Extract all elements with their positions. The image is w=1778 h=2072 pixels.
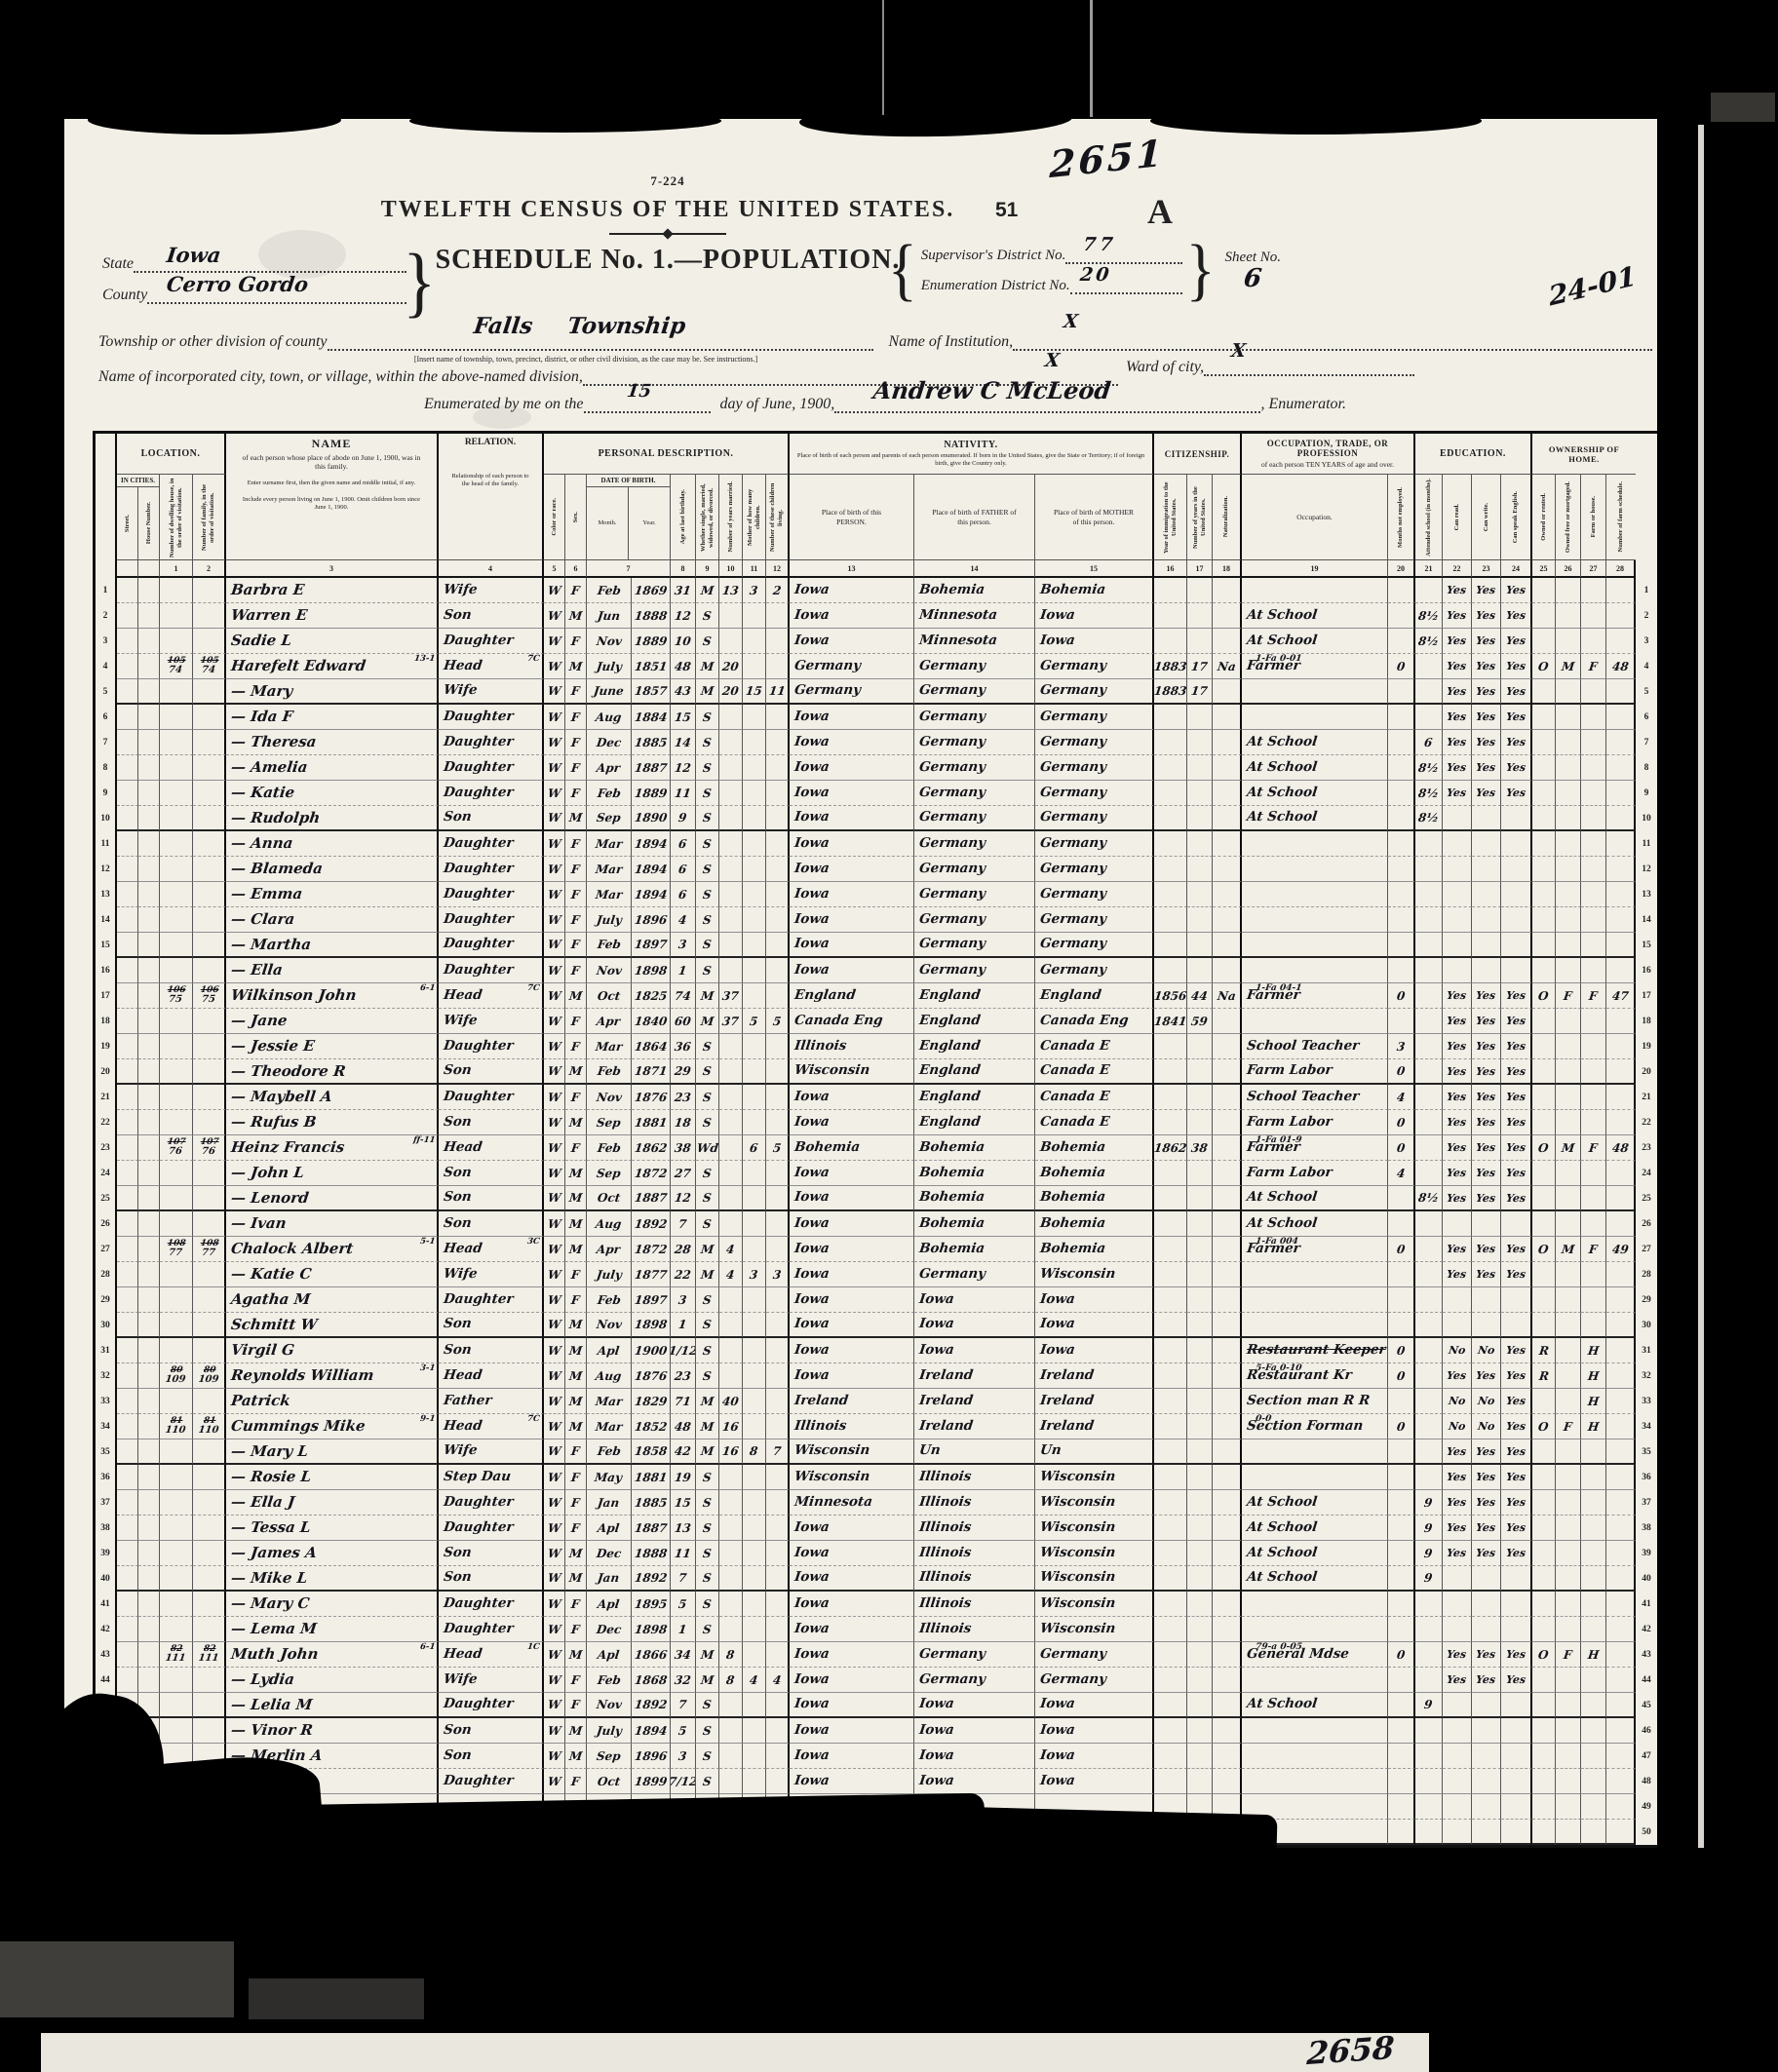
- cell-sex: M: [565, 1161, 587, 1186]
- cell-bm: Feb: [587, 578, 632, 603]
- cell-pf: Germany: [914, 1262, 1035, 1287]
- cell-sch: [1415, 1617, 1443, 1642]
- cell-cl: [766, 958, 790, 983]
- cell-cl: [766, 705, 790, 730]
- cell-ym: [719, 1465, 743, 1490]
- cell-street: [117, 1414, 138, 1439]
- line-number: 4: [1636, 654, 1657, 679]
- cell-fm: F: [1556, 1414, 1581, 1439]
- cell-occ: [1242, 831, 1388, 857]
- cell-sex: F: [565, 730, 587, 755]
- cell-ym: [719, 1338, 743, 1363]
- cell-ym: 37: [719, 983, 743, 1009]
- cell-wr: [1472, 831, 1501, 857]
- cell-ow: [1532, 1059, 1556, 1085]
- column-number: 25: [1532, 560, 1556, 578]
- cell-yu: [1187, 1338, 1213, 1363]
- cell-mar: S: [696, 705, 719, 730]
- line-number: 29: [1636, 1287, 1657, 1313]
- cell-by: 1864: [632, 1034, 671, 1059]
- cell-col: W: [544, 1566, 565, 1592]
- cell-rel: Daughter: [439, 857, 544, 882]
- cell-pb: Iowa: [790, 730, 914, 755]
- cell-rd: Yes: [1443, 983, 1472, 1009]
- cell-fh: [1581, 1490, 1606, 1516]
- cell-fs: [1606, 1516, 1636, 1541]
- mother-of-col-header: Mother of how many children.: [743, 475, 766, 560]
- cell-yu: [1187, 882, 1213, 907]
- cell-pb: Germany: [790, 679, 914, 705]
- cell-fh: [1581, 781, 1606, 806]
- cell-mar: S: [696, 1769, 719, 1794]
- cell-pb: Iowa: [790, 1161, 914, 1186]
- city-label: Name of incorporated city, town, or vill…: [98, 368, 583, 386]
- cell-pf: Ireland: [914, 1414, 1035, 1439]
- cell-en: Yes: [1501, 603, 1532, 629]
- cell-street: [117, 781, 138, 806]
- cell-im: [1154, 857, 1187, 882]
- cell-occ: At School: [1242, 1211, 1388, 1237]
- cell-age: 7: [671, 1693, 696, 1718]
- cell-pf: Illinois: [914, 1592, 1035, 1617]
- line-number: 12: [1636, 857, 1657, 882]
- cell-rel: Head3C: [439, 1237, 544, 1262]
- cell-mo: [743, 1287, 766, 1313]
- cell-en: [1501, 958, 1532, 983]
- cell-mne: 0: [1388, 1363, 1415, 1389]
- cell-mo: [743, 1110, 766, 1135]
- line-number: 9: [96, 781, 117, 806]
- cell-mar: S: [696, 806, 719, 831]
- cell-house: [138, 1490, 160, 1516]
- cell-fs: [1606, 1186, 1636, 1211]
- cell-fam: [193, 1211, 226, 1237]
- cell-age: 3: [671, 933, 696, 958]
- cell-en: Yes: [1501, 1338, 1532, 1363]
- cell-wr: [1472, 1287, 1501, 1313]
- cell-pf: Iowa: [914, 1718, 1035, 1744]
- cell-fs: [1606, 1414, 1636, 1439]
- cell-pf: Illinois: [914, 1490, 1035, 1516]
- cell-pb: Iowa: [790, 1085, 914, 1110]
- cell-fm: [1556, 679, 1581, 705]
- cell-ym: [719, 1363, 743, 1389]
- cell-mar: M: [696, 1414, 719, 1439]
- cell-rel: Daughter: [439, 831, 544, 857]
- township-value: Falls Township: [472, 315, 686, 337]
- cell-by: 1876: [632, 1085, 671, 1110]
- cell-sch: 9: [1415, 1541, 1443, 1566]
- cell-col: W: [544, 1668, 565, 1693]
- cell-pb: Wisconsin: [790, 1439, 914, 1465]
- cell-ym: [719, 755, 743, 781]
- enumerator-name: Andrew C McLeod: [872, 379, 1112, 403]
- cell-cl: [766, 1516, 790, 1541]
- birth-year-col-header: Year.: [629, 487, 670, 559]
- cell-wr: Yes: [1472, 1085, 1501, 1110]
- cell-pf: Minnesota: [914, 603, 1035, 629]
- cell-pf: Germany: [914, 705, 1035, 730]
- cell-fam: 81110: [193, 1414, 226, 1439]
- cell-sex: F: [565, 882, 587, 907]
- farm-house-col-header: Farm or house.: [1581, 475, 1606, 560]
- cell-by: 1877: [632, 1262, 671, 1287]
- cell-wr: [1472, 907, 1501, 933]
- cell-mar: M: [696, 1668, 719, 1693]
- cell-na: [1213, 603, 1242, 629]
- cell-rd: Yes: [1443, 1009, 1472, 1034]
- cell-im: [1154, 882, 1187, 907]
- cell-fh: H: [1581, 1338, 1606, 1363]
- cell-wr: [1472, 1744, 1501, 1769]
- cell-wr: Yes: [1472, 1135, 1501, 1161]
- cell-dw: [160, 1566, 193, 1592]
- cell-fm: [1556, 1085, 1581, 1110]
- cell-yu: 59: [1187, 1009, 1213, 1034]
- cell-ow: R: [1532, 1338, 1556, 1363]
- cell-fs: [1606, 1338, 1636, 1363]
- line-number-gutter-left: [96, 434, 117, 578]
- column-number: 21: [1415, 560, 1443, 578]
- cell-age: 31: [671, 578, 696, 603]
- cell-ow: [1532, 1009, 1556, 1034]
- cell-na: [1213, 1592, 1242, 1617]
- cell-ym: [719, 1769, 743, 1794]
- cell-yu: [1187, 730, 1213, 755]
- cell-fs: 49: [1606, 1237, 1636, 1262]
- cell-fs: [1606, 1389, 1636, 1414]
- cell-sex: F: [565, 1009, 587, 1034]
- cell-im: 1841: [1154, 1009, 1187, 1034]
- cell-sex: M: [565, 1718, 587, 1744]
- line-number: 22: [96, 1110, 117, 1135]
- cell-age: 1: [671, 1617, 696, 1642]
- cell-street: [117, 983, 138, 1009]
- cell-by: 1888: [632, 603, 671, 629]
- cell-cl: 11: [766, 679, 790, 705]
- cell-fh: [1581, 1718, 1606, 1744]
- cell-by: 1851: [632, 654, 671, 679]
- cell-na: [1213, 1490, 1242, 1516]
- cell-en: [1501, 1693, 1532, 1718]
- line-number: 9: [1636, 781, 1657, 806]
- cell-occ: [1242, 857, 1388, 882]
- cell-fh: [1581, 1034, 1606, 1059]
- cell-sch: 8½: [1415, 603, 1443, 629]
- cell-rel: Wife: [439, 1009, 544, 1034]
- cell-pm: Germany: [1035, 1668, 1154, 1693]
- cell-cl: [766, 1642, 790, 1668]
- cell-mo: [743, 1769, 766, 1794]
- cell-house: [138, 1262, 160, 1287]
- cell-occ: Farm Labor: [1242, 1110, 1388, 1135]
- line-number: 13: [1636, 882, 1657, 907]
- cell-pf: England: [914, 1009, 1035, 1034]
- cell-mar: S: [696, 1516, 719, 1541]
- cell-dw: [160, 958, 193, 983]
- cell-sch: [1415, 1085, 1443, 1110]
- cell-name: — John L: [226, 1161, 439, 1186]
- cell-house: [138, 679, 160, 705]
- cell-na: [1213, 831, 1242, 857]
- cell-col: W: [544, 1262, 565, 1287]
- cell-na: [1213, 1009, 1242, 1034]
- cell-yu: [1187, 1085, 1213, 1110]
- cell-en: [1501, 1313, 1532, 1338]
- pob-person-col-header: Place of birth of this PERSON.: [790, 475, 914, 560]
- cell-fh: H: [1581, 1642, 1606, 1668]
- cell-yu: [1187, 1592, 1213, 1617]
- cell-fam: [193, 1262, 226, 1287]
- cell-bm: Oct: [587, 983, 632, 1009]
- cell-pm: Bohemia: [1035, 1161, 1154, 1186]
- cell-mo: [743, 1693, 766, 1718]
- naturalization-col-header: Naturalization.: [1213, 475, 1242, 560]
- cell-pb: Iowa: [790, 1287, 914, 1313]
- cell-rd: No: [1443, 1338, 1472, 1363]
- cell-fs: [1606, 781, 1636, 806]
- line-number: 45: [1636, 1693, 1657, 1718]
- cell-fs: [1606, 603, 1636, 629]
- cell-col: W: [544, 629, 565, 654]
- cell-bm: Mar: [587, 831, 632, 857]
- cell-ym: 4: [719, 1262, 743, 1287]
- cell-age: 13: [671, 1516, 696, 1541]
- cell-pm: Iowa: [1035, 1338, 1154, 1363]
- cell-bm: July: [587, 654, 632, 679]
- cell-bm: Nov: [587, 958, 632, 983]
- cell-sch: [1415, 1465, 1443, 1490]
- cell-age: 27: [671, 1161, 696, 1186]
- cell-name: Schmitt W: [226, 1313, 439, 1338]
- cell-na: [1213, 1439, 1242, 1465]
- cell-im: [1154, 705, 1187, 730]
- cell-rel: Daughter: [439, 629, 544, 654]
- cell-sch: [1415, 1668, 1443, 1693]
- cell-na: [1213, 1693, 1242, 1718]
- township-label: Township or other division of county: [98, 333, 328, 351]
- cell-sch: [1415, 1363, 1443, 1389]
- cell-ym: [719, 1592, 743, 1617]
- cell-pb: Canada Eng: [790, 1009, 914, 1034]
- cell-mo: [743, 1059, 766, 1085]
- cell-na: [1213, 1465, 1242, 1490]
- cell-rd: [1443, 1211, 1472, 1237]
- cell-age: 7: [671, 1566, 696, 1592]
- cell-sch: [1415, 1389, 1443, 1414]
- cell-fs: [1606, 1668, 1636, 1693]
- cell-mar: S: [696, 1110, 719, 1135]
- cell-sex: F: [565, 958, 587, 983]
- cell-yu: 17: [1187, 654, 1213, 679]
- dwelling-col-header: Number of dwelling house, in the order o…: [160, 475, 193, 560]
- cell-fh: [1581, 730, 1606, 755]
- cell-rel: Daughter: [439, 882, 544, 907]
- cell-house: [138, 1414, 160, 1439]
- cell-mar: S: [696, 1718, 719, 1744]
- line-number: 15: [96, 933, 117, 958]
- cell-fam: [193, 1313, 226, 1338]
- cell-ow: [1532, 1820, 1556, 1845]
- cell-by: 1894: [632, 1718, 671, 1744]
- cell-fh: [1581, 958, 1606, 983]
- cell-bm: Feb: [587, 1135, 632, 1161]
- cell-mne: [1388, 1465, 1415, 1490]
- cell-wr: Yes: [1472, 1161, 1501, 1186]
- cell-ow: [1532, 1465, 1556, 1490]
- population-table: LOCATION. IN CITIES. Street. House Numbe…: [93, 431, 1660, 1848]
- cell-fs: [1606, 1566, 1636, 1592]
- cell-rel: Daughter: [439, 705, 544, 730]
- cell-sex: F: [565, 1516, 587, 1541]
- cell-mar: S: [696, 1363, 719, 1389]
- cell-mar: S: [696, 907, 719, 933]
- cell-fh: [1581, 705, 1606, 730]
- cell-mne: 0: [1388, 1338, 1415, 1363]
- cell-sch: [1415, 1161, 1443, 1186]
- cell-ow: [1532, 1744, 1556, 1769]
- cell-ym: 37: [719, 1009, 743, 1034]
- cell-fh: F: [1581, 654, 1606, 679]
- cell-col: W: [544, 1490, 565, 1516]
- cell-fh: [1581, 1287, 1606, 1313]
- cell-by: 1895: [632, 1592, 671, 1617]
- cell-en: Yes: [1501, 1668, 1532, 1693]
- cell-house: [138, 1363, 160, 1389]
- cell-pf: Illinois: [914, 1541, 1035, 1566]
- cell-im: [1154, 1617, 1187, 1642]
- line-number: 48: [1636, 1769, 1657, 1794]
- line-number: 17: [96, 983, 117, 1009]
- scanned-census-page: { "scan": { "corner_number": "2651", "st…: [0, 0, 1778, 2072]
- cell-house: [138, 1009, 160, 1034]
- cell-sex: M: [565, 1211, 587, 1237]
- cell-sex: F: [565, 781, 587, 806]
- cell-yu: [1187, 1642, 1213, 1668]
- cell-fh: H: [1581, 1389, 1606, 1414]
- cell-occ: [1242, 1592, 1388, 1617]
- cell-col: W: [544, 1237, 565, 1262]
- cell-en: Yes: [1501, 1085, 1532, 1110]
- cell-en: Yes: [1501, 730, 1532, 755]
- cell-mo: [743, 1161, 766, 1186]
- cell-mar: S: [696, 1313, 719, 1338]
- line-number: 36: [96, 1465, 117, 1490]
- cell-im: 1883: [1154, 654, 1187, 679]
- cell-wr: Yes: [1472, 755, 1501, 781]
- cell-cl: [766, 882, 790, 907]
- cell-ow: [1532, 1592, 1556, 1617]
- supervisor-label: Supervisor's District No.: [921, 248, 1066, 264]
- cell-fm: [1556, 1110, 1581, 1135]
- cell-fs: [1606, 705, 1636, 730]
- line-number: 27: [1636, 1237, 1657, 1262]
- cell-ow: O: [1532, 983, 1556, 1009]
- column-number: 7: [587, 560, 671, 578]
- state-value: Iowa: [166, 245, 222, 265]
- cell-col: W: [544, 679, 565, 705]
- line-number: 44: [1636, 1668, 1657, 1693]
- cell-mar: M: [696, 679, 719, 705]
- cell-yu: [1187, 806, 1213, 831]
- line-number: 42: [1636, 1617, 1657, 1642]
- cell-mar: M: [696, 1642, 719, 1668]
- cell-rel: Wife: [439, 1668, 544, 1693]
- cell-by: 1881: [632, 1465, 671, 1490]
- cell-en: Yes: [1501, 1541, 1532, 1566]
- cell-im: [1154, 1363, 1187, 1389]
- enumerated-post: , Enumerator.: [1260, 396, 1346, 413]
- cell-street: [117, 1439, 138, 1465]
- cell-col: W: [544, 1389, 565, 1414]
- cell-age: 29: [671, 1059, 696, 1085]
- cell-rel: Head7C: [439, 1414, 544, 1439]
- cell-fm: [1556, 603, 1581, 629]
- cell-ow: [1532, 1516, 1556, 1541]
- cell-en: Yes: [1501, 1363, 1532, 1389]
- cell-fh: [1581, 1769, 1606, 1794]
- cell-occ: School Teacher: [1242, 1034, 1388, 1059]
- enumeration-value: 20: [1079, 266, 1113, 285]
- cell-mo: [743, 629, 766, 654]
- cell-pb: Wisconsin: [790, 1465, 914, 1490]
- cell-na: [1213, 882, 1242, 907]
- cell-fam: [193, 1490, 226, 1516]
- cell-ym: 8: [719, 1668, 743, 1693]
- cell-rel: Son: [439, 1211, 544, 1237]
- cell-bm: Oct: [587, 1769, 632, 1794]
- cell-mo: [743, 603, 766, 629]
- cell-mar: M: [696, 1009, 719, 1034]
- cell-cl: [766, 933, 790, 958]
- cell-street: [117, 1541, 138, 1566]
- cell-yu: [1187, 1718, 1213, 1744]
- cell-fs: [1606, 1161, 1636, 1186]
- cell-fh: [1581, 933, 1606, 958]
- cell-house: [138, 1566, 160, 1592]
- column-number: 8: [671, 560, 696, 578]
- cell-yu: [1187, 1389, 1213, 1414]
- cell-im: [1154, 1668, 1187, 1693]
- cell-mne: [1388, 781, 1415, 806]
- cell-ow: [1532, 1161, 1556, 1186]
- cell-house: [138, 781, 160, 806]
- cell-fm: [1556, 1338, 1581, 1363]
- cell-en: [1501, 1718, 1532, 1744]
- cell-by: 1876: [632, 1363, 671, 1389]
- cell-fam: [193, 730, 226, 755]
- cell-ow: [1532, 1541, 1556, 1566]
- cell-mar: S: [696, 1338, 719, 1363]
- cell-by: 1896: [632, 907, 671, 933]
- can-read-col-header: Can read.: [1443, 475, 1472, 560]
- cell-yu: [1187, 578, 1213, 603]
- cell-house: [138, 755, 160, 781]
- cell-wr: Yes: [1472, 983, 1501, 1009]
- cell-fs: [1606, 1059, 1636, 1085]
- line-number-gutter-right: [1636, 434, 1657, 578]
- can-write-col-header: Can write.: [1472, 475, 1501, 560]
- scan-line-artifact: [882, 0, 884, 115]
- line-number: 15: [1636, 933, 1657, 958]
- cell-fh: [1581, 1541, 1606, 1566]
- cell-name: — Katie C: [226, 1262, 439, 1287]
- cell-house: [138, 1110, 160, 1135]
- cell-mo: [743, 1490, 766, 1516]
- cell-pm: Canada E: [1035, 1110, 1154, 1135]
- cell-fs: [1606, 1465, 1636, 1490]
- cell-pb: Iowa: [790, 1516, 914, 1541]
